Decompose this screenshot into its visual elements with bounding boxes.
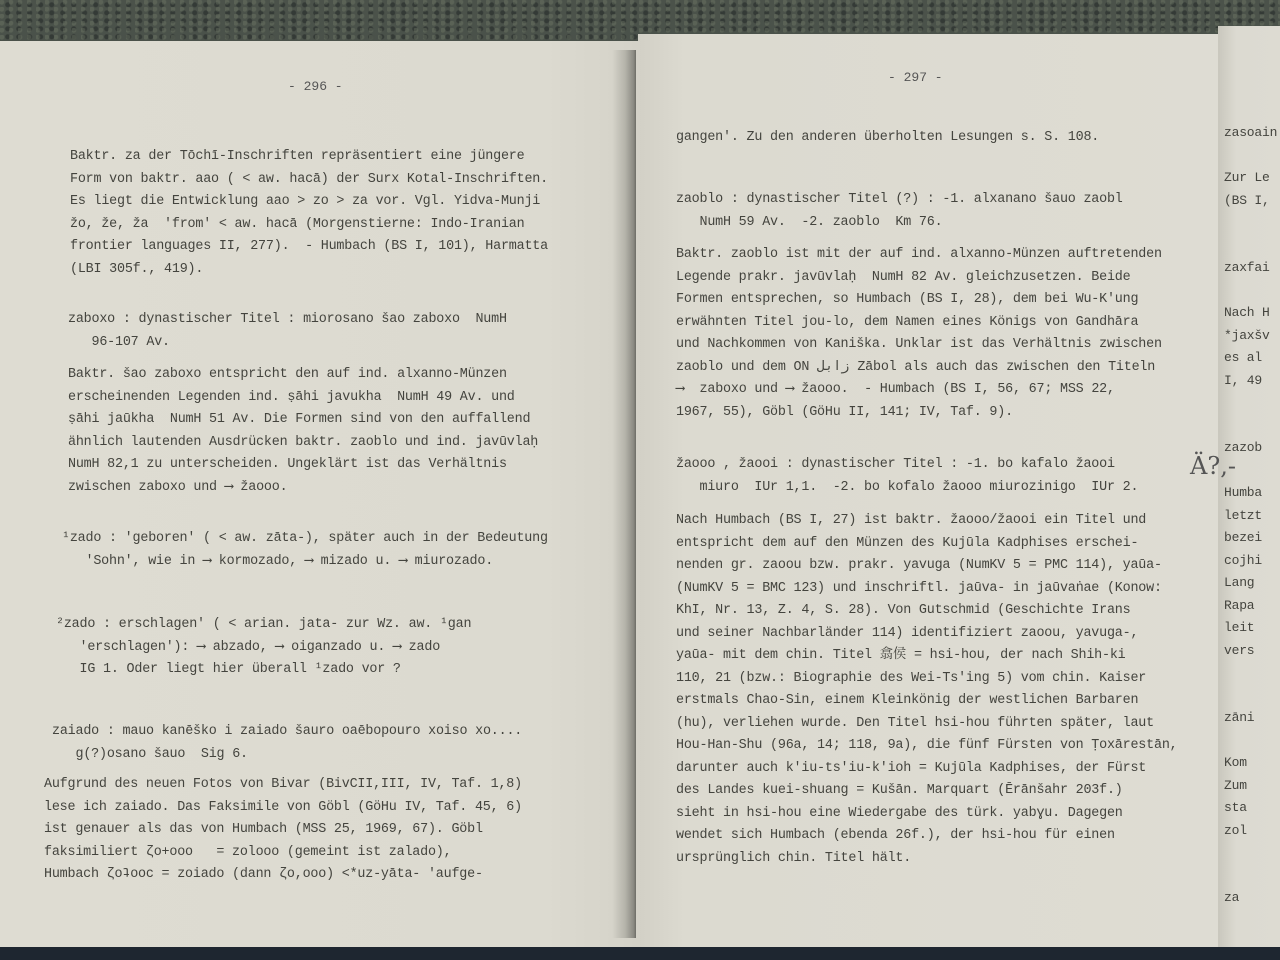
far-right-text-fragments: zasoain Zur Le (BS I, zaxfai Nach H *jax…: [1224, 122, 1277, 910]
paragraph: Aufgrund des neuen Fotos von Bivar (BivC…: [44, 774, 522, 887]
book-spine-shadow: [612, 50, 636, 938]
handwritten-margin-note: Ä?,-: [1190, 452, 1236, 480]
page-number: - 296 -: [288, 79, 343, 94]
entry-zado-2: ²zado : erschlagen' ( < arian. jata- zur…: [56, 614, 471, 682]
entry-zaiado: zaiado : mauo kanēško i zaiado šauro oaē…: [52, 721, 522, 766]
paragraph: Baktr. šao zaboxo entspricht den auf ind…: [68, 364, 538, 499]
entry-zado-1: ¹zado : 'geboren' ( < aw. zāta-), später…: [62, 528, 548, 573]
paragraph: Nach Humbach (BS I, 27) ist baktr. žaooo…: [676, 510, 1177, 870]
entry-zaoblo: zaoblo : dynastischer Titel (?) : -1. al…: [676, 189, 1123, 234]
entry-zaboxo: zaboxo : dynastischer Titel : miorosano …: [68, 309, 507, 354]
page-number: - 297 -: [888, 70, 943, 85]
right-page: - 297 - gangen'. Zu den anderen überholt…: [638, 34, 1218, 947]
paragraph: Baktr. zaoblo ist mit der auf ind. alxan…: [676, 244, 1162, 424]
entry-zaooo: žaooo , žaooi : dynastischer Titel : -1.…: [676, 454, 1138, 499]
paragraph: Baktr. za der Tōchī-Inschriften repräsen…: [70, 146, 548, 281]
paragraph: gangen'. Zu den anderen überholten Lesun…: [676, 127, 1099, 150]
far-right-page: zasoain Zur Le (BS I, zaxfai Nach H *jax…: [1218, 26, 1280, 947]
bottom-edge: [0, 947, 1280, 960]
left-page: - 296 - Baktr. za der Tōchī-Inschriften …: [0, 41, 640, 947]
